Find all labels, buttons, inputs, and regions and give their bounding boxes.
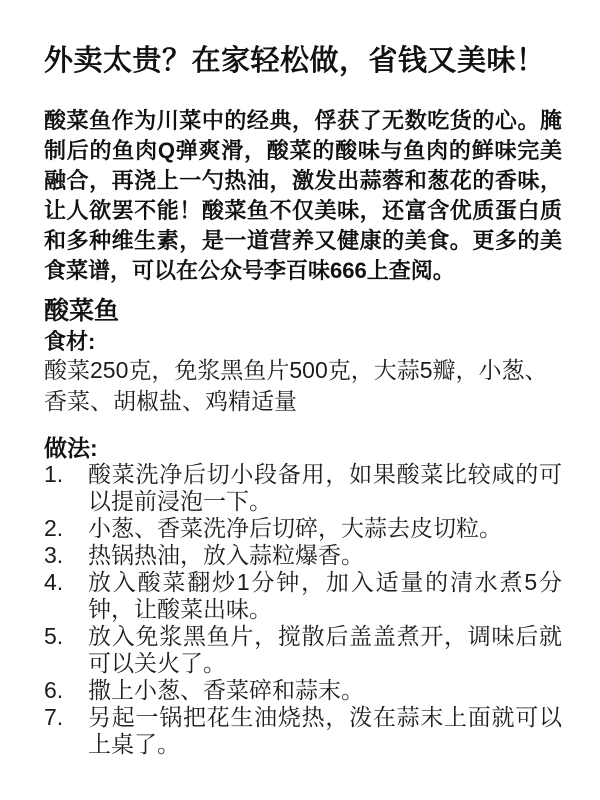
ingredients-text: 酸菜250克，免浆黑鱼片500克，大蒜5瓣，小葱、香菜、胡椒盐、鸡精适量	[44, 355, 562, 417]
step-number: 2.	[44, 515, 88, 542]
step-item: 6. 撒上小葱、香菜碎和蒜末。	[44, 677, 562, 704]
step-item: 4. 放入酸菜翻炒1分钟，加入适量的清水煮5分钟，让酸菜出味。	[44, 569, 562, 623]
step-number: 1.	[44, 461, 88, 488]
step-text: 撒上小葱、香菜碎和蒜末。	[88, 677, 562, 704]
step-item: 7. 另起一锅把花生油烧热，泼在蒜末上面就可以上桌了。	[44, 704, 562, 758]
page-title: 外卖太贵？在家轻松做，省钱又美味！	[44, 42, 562, 80]
ingredients-label: 食材:	[44, 329, 562, 355]
steps-list: 1. 酸菜洗净后切小段备用，如果酸菜比较咸的可以提前浸泡一下。 2. 小葱、香菜…	[44, 461, 562, 758]
steps-label: 做法:	[44, 435, 562, 461]
step-text: 热锅热油，放入蒜粒爆香。	[88, 542, 562, 569]
step-item: 2. 小葱、香菜洗净后切碎，大蒜去皮切粒。	[44, 515, 562, 542]
step-number: 3.	[44, 542, 88, 569]
step-number: 4.	[44, 569, 88, 596]
step-item: 3. 热锅热油，放入蒜粒爆香。	[44, 542, 562, 569]
step-item: 5. 放入免浆黑鱼片，搅散后盖盖煮开，调味后就可以关火了。	[44, 623, 562, 677]
step-text: 放入免浆黑鱼片，搅散后盖盖煮开，调味后就可以关火了。	[88, 623, 562, 677]
step-text: 小葱、香菜洗净后切碎，大蒜去皮切粒。	[88, 515, 562, 542]
step-number: 7.	[44, 704, 88, 731]
step-text: 酸菜洗净后切小段备用，如果酸菜比较咸的可以提前浸泡一下。	[88, 461, 562, 515]
step-number: 5.	[44, 623, 88, 650]
intro-paragraph: 酸菜鱼作为川菜中的经典，俘获了无数吃货的心。腌制后的鱼肉Q弹爽滑，酸菜的酸味与鱼…	[44, 106, 562, 286]
recipe-name-heading: 酸菜鱼	[44, 297, 562, 326]
step-number: 6.	[44, 677, 88, 704]
step-item: 1. 酸菜洗净后切小段备用，如果酸菜比较咸的可以提前浸泡一下。	[44, 461, 562, 515]
step-text: 另起一锅把花生油烧热，泼在蒜末上面就可以上桌了。	[88, 704, 562, 758]
step-text: 放入酸菜翻炒1分钟，加入适量的清水煮5分钟，让酸菜出味。	[88, 569, 562, 623]
recipe-page: 外卖太贵？在家轻松做，省钱又美味！ 酸菜鱼作为川菜中的经典，俘获了无数吃货的心。…	[0, 0, 600, 800]
